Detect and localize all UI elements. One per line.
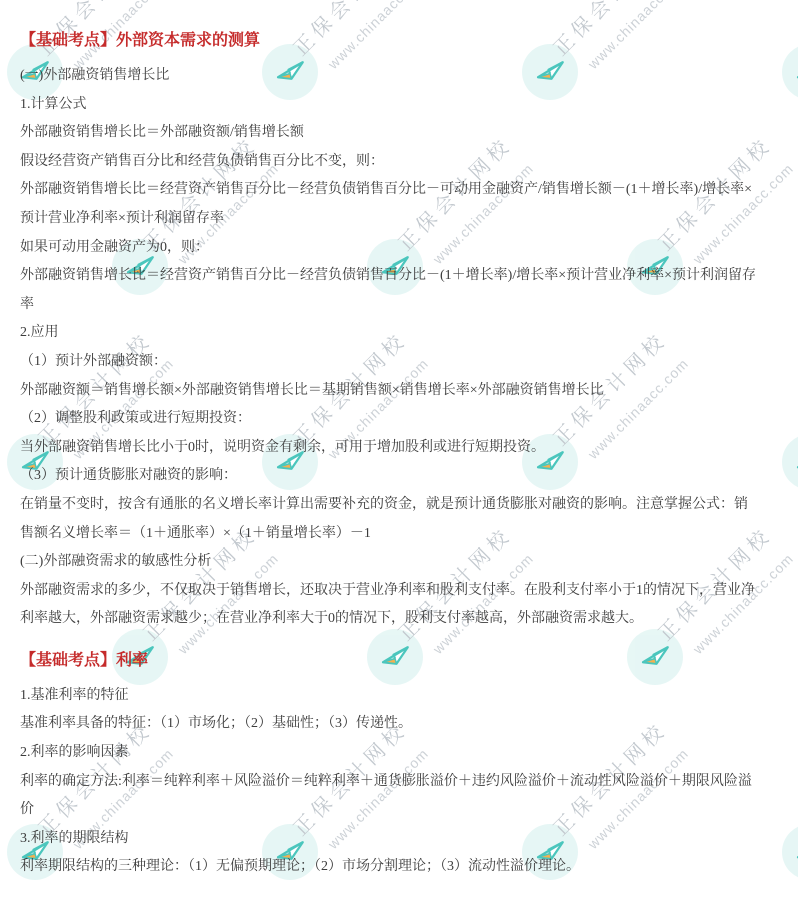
body-paragraph: (二)外部融资需求的敏感性分析 — [20, 548, 760, 577]
body-paragraph: 外部融资需求的多少，不仅取决于销售增长，还取决于营业净利率和股利支付率。在股利支… — [20, 577, 760, 634]
body-paragraph: 当外部融资销售增长比小于0时，说明资金有剩余，可用于增加股利或进行短期投资。 — [20, 434, 760, 463]
body-paragraph: 2.利率的影响因素 — [20, 739, 760, 768]
body-paragraph: 外部融资额＝销售增长额×外部融资销售增长比＝基期销售额×销售增长率×外部融资销售… — [20, 377, 760, 406]
watermark-logo — [782, 434, 798, 490]
body-paragraph: 在销量不变时，按含有通胀的名义增长率计算出需要补充的资金，就是预计通货膨胀对融资… — [20, 491, 760, 548]
body-paragraph: 1.计算公式 — [20, 91, 760, 120]
section-heading: 【基础考点】外部资本需求的测算 — [20, 26, 760, 56]
body-paragraph: 3.利率的期限结构 — [20, 825, 760, 854]
topic-section: 【基础考点】利率1.基准利率的特征基准利率具备的特征：（1）市场化；（2）基础性… — [20, 646, 760, 882]
body-paragraph: 外部融资销售增长比＝经营资产销售百分比－经营负债销售百分比－可动用金融资产/销售… — [20, 176, 760, 233]
paper-plane-icon — [792, 834, 798, 870]
body-paragraph: 基准利率具备的特征：（1）市场化；（2）基础性；（3）传递性。 — [20, 710, 760, 739]
section-heading: 【基础考点】利率 — [20, 646, 760, 676]
body-paragraph: （1）预计外部融资额： — [20, 348, 760, 377]
body-paragraph: (一)外部融资销售增长比 — [20, 62, 760, 91]
document-content: 【基础考点】外部资本需求的测算(一)外部融资销售增长比1.计算公式外部融资销售增… — [0, 0, 760, 882]
body-paragraph: 如果可动用金融资产为0，则： — [20, 234, 760, 263]
body-paragraph: 利率的确定方法:利率＝纯粹利率＋风险溢价＝纯粹利率＋通货膨胀溢价＋违约风险溢价＋… — [20, 768, 760, 825]
body-paragraph: 外部融资销售增长比＝经营资产销售百分比－经营负债销售百分比－(1＋增长率)/增长… — [20, 262, 760, 319]
paper-plane-icon — [792, 54, 798, 90]
body-paragraph: 假设经营资产销售百分比和经营负债销售百分比不变，则： — [20, 148, 760, 177]
body-paragraph: 1.基准利率的特征 — [20, 682, 760, 711]
body-paragraph: （2）调整股利政策或进行短期投资： — [20, 405, 760, 434]
body-paragraph: （3）预计通货膨胀对融资的影响： — [20, 462, 760, 491]
body-paragraph: 利率期限结构的三种理论：（1）无偏预期理论；（2）市场分割理论；（3）流动性溢价… — [20, 853, 760, 882]
paper-plane-icon — [792, 444, 798, 480]
watermark-logo — [782, 824, 798, 880]
body-paragraph: 2.应用 — [20, 319, 760, 348]
watermark-logo — [782, 44, 798, 100]
body-paragraph: 外部融资销售增长比＝外部融资额/销售增长额 — [20, 119, 760, 148]
topic-section: 【基础考点】外部资本需求的测算(一)外部融资销售增长比1.计算公式外部融资销售增… — [20, 26, 760, 634]
